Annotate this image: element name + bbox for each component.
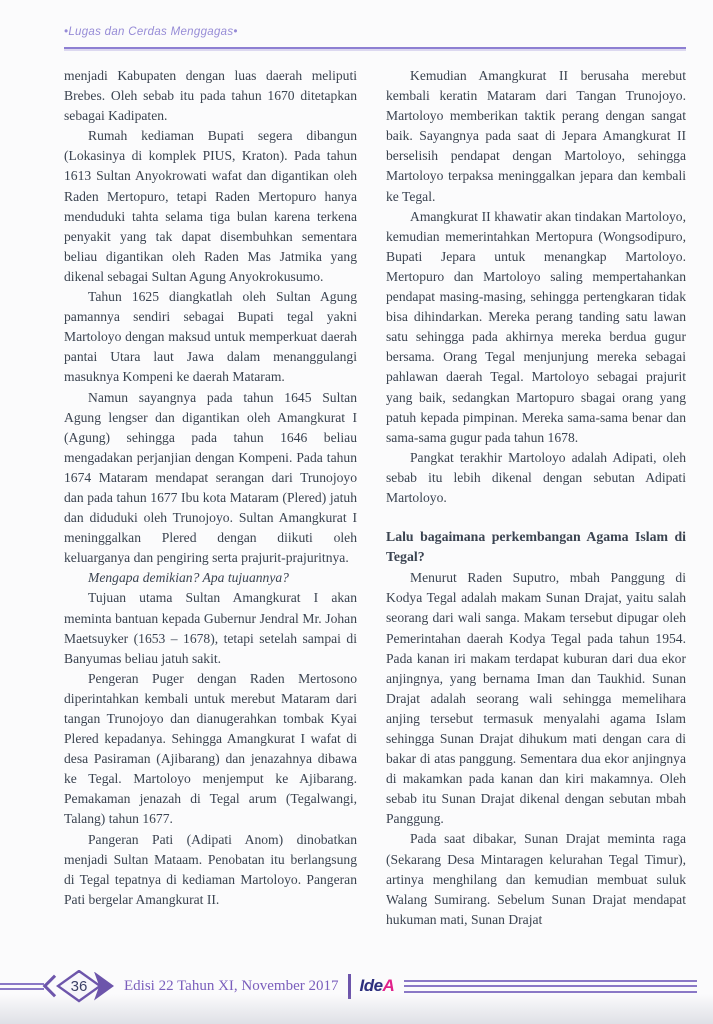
paragraph: Kemudian Amangkurat II berusaha merebut … [386,66,686,207]
idea-logo: IdeA [359,976,394,996]
footer-left-lines [0,980,44,993]
page: •Lugas dan Cerdas Menggagas• menjadi Kab… [0,0,713,1024]
paragraph: Menurut Raden Suputro, mbah Panggung di … [386,568,686,829]
footer-right-lines [404,976,697,996]
paragraph: Mengapa demikian? Apa tujuannya? [64,568,357,588]
paragraph: Namun sayangnya pada tahun 1645 Sultan A… [64,388,357,569]
idea-logo-a: A [383,976,395,995]
paragraph: Rumah kediaman Bupati segera dibangun (L… [64,126,357,287]
left-column: menjadi Kabupaten dengan luas daerah mel… [64,66,357,910]
right-column: Kemudian Amangkurat II berusaha merebut … [386,66,686,930]
paragraph: Pangkat terakhir Martoloyo adalah Adipat… [386,448,686,508]
paragraph: Amangkurat II khawatir akan tindakan Mar… [386,207,686,448]
paragraph: Tahun 1625 diangkatlah oleh Sultan Agung… [64,287,357,387]
paragraph: Pangeran Pati (Adipati Anom) dinobatkan … [64,830,357,910]
edition-text: Edisi 22 Tahun XI, November 2017 [124,978,338,995]
page-number: 36 [71,978,88,995]
paragraph: Pada saat dibakar, Sunan Drajat meminta … [386,829,686,929]
section-heading: Lalu bagaimana perkembangan Agama Islam … [386,527,686,567]
header-tagline: •Lugas dan Cerdas Menggagas• [64,26,238,38]
paragraph: Tujuan utama Sultan Amangkurat I akan me… [64,588,357,668]
idea-logo-ide: Ide [359,976,382,995]
header-rule [64,47,686,49]
paragraph: Pengeran Puger dengan Raden Mertosono di… [64,669,357,830]
bottom-scan-shade [0,994,713,1024]
paragraph: menjadi Kabupaten dengan luas daerah mel… [64,66,357,126]
